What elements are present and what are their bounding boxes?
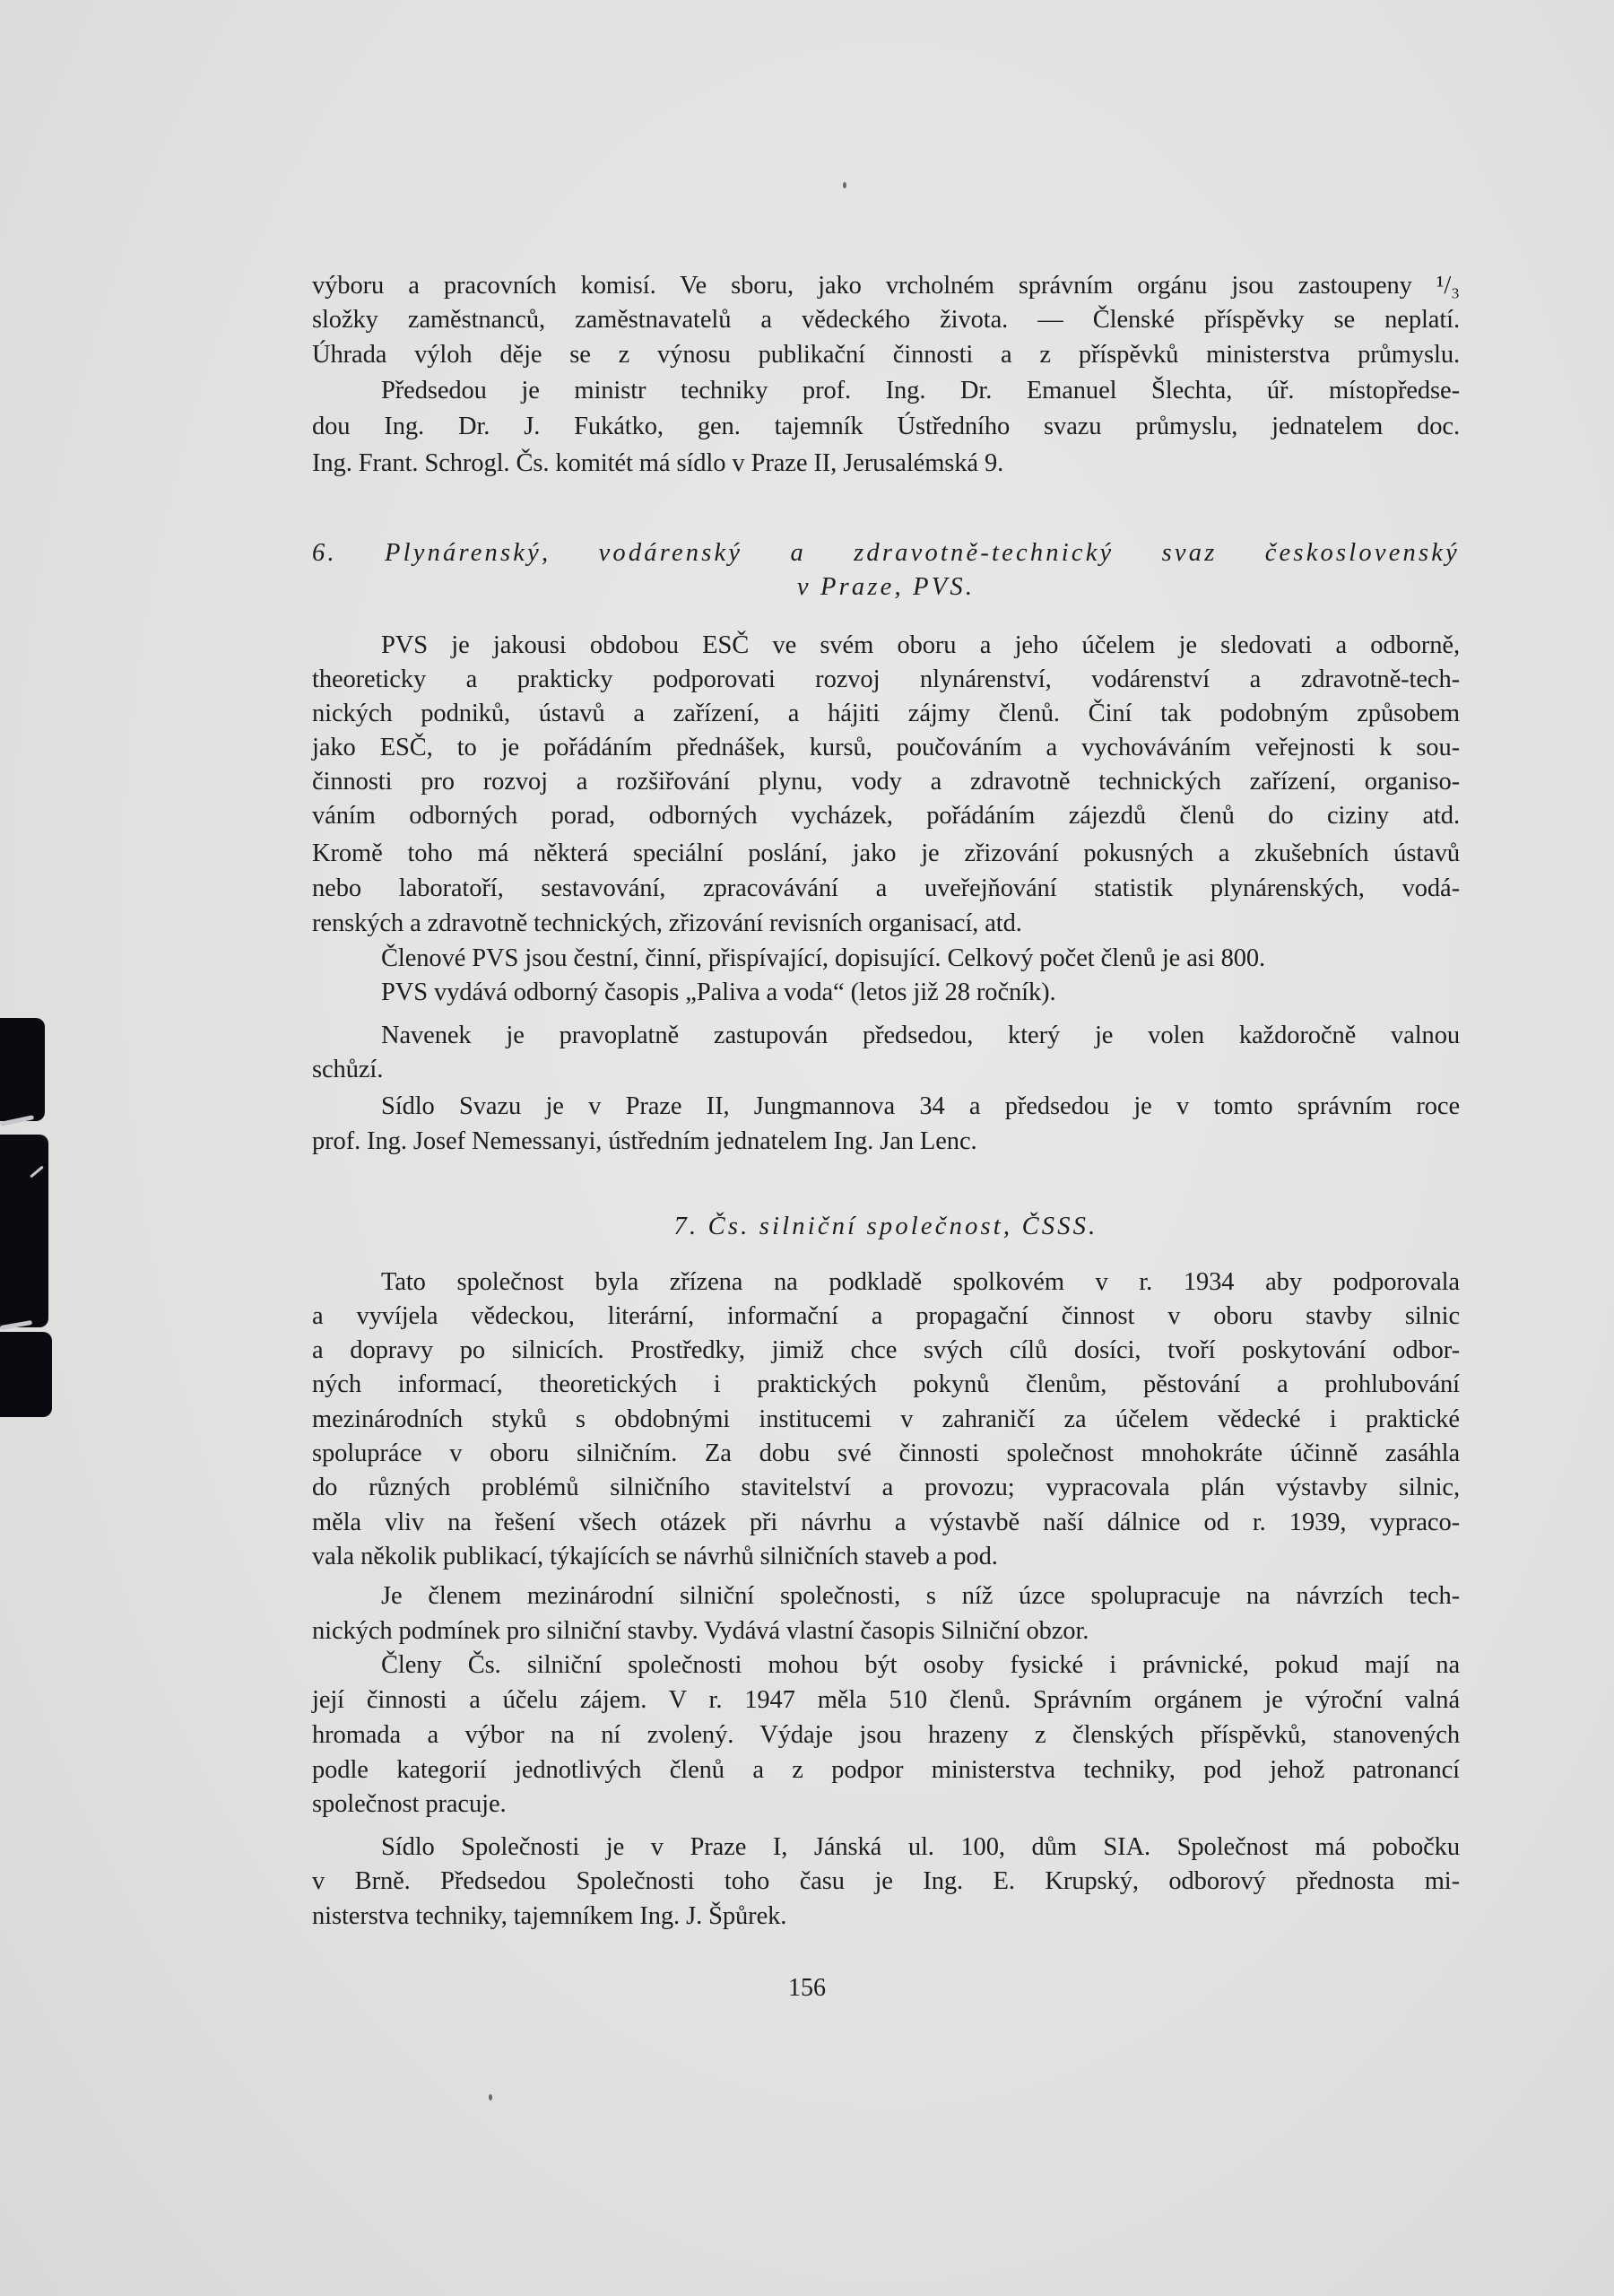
text-line: v Brně. Předsedou Společnosti toho času …: [312, 1866, 1460, 1897]
text-line: hromada a výbor na ní zvolený. Výdaje js…: [312, 1720, 1460, 1751]
text-line: složky zaměstnanců, zaměstnavatelů a věd…: [312, 305, 1460, 335]
text-line: Sídlo Společnosti je v Praze I, Jánská u…: [381, 1832, 1460, 1863]
text-line: nických podmínek pro silniční stavby. Vy…: [312, 1616, 1460, 1647]
text-line: Tato společnost byla zřízena na podkladě…: [381, 1267, 1460, 1298]
text-line: nických podniků, ústavů a zařízení, a há…: [312, 699, 1460, 729]
text-line: Předsedou je ministr techniky prof. Ing.…: [381, 376, 1460, 406]
text-line: Sídlo Svazu je v Praze II, Jungmannova 3…: [381, 1091, 1460, 1122]
text-line: Ing. Frant. Schrogl. Čs. komitét má sídl…: [312, 448, 1460, 479]
binding-comb: [0, 1018, 50, 1417]
text-line: jako ESČ, to je pořádáním přednášek, kur…: [312, 733, 1460, 763]
text-line: Úhrada výloh děje se z výnosu publikační…: [312, 340, 1460, 370]
text-line: váním odborných porad, odborných vycháze…: [312, 801, 1460, 831]
section-heading: 7. Čs. silniční společnost, ČSSS.: [312, 1212, 1460, 1242]
text-line: Členové PVS jsou čestní, činní, přispíva…: [381, 944, 1460, 974]
text-line: schůzí.: [312, 1055, 1460, 1085]
text-line: Kromě toho má některá speciální poslání,…: [312, 839, 1460, 869]
text-line: nisterstva techniky, tajemníkem Ing. J. …: [312, 1901, 1460, 1932]
section-heading: 6. Plynárenský, vodárenský a zdravotně-t…: [312, 538, 1460, 569]
text-line: Členy Čs. silniční společnosti mohou být…: [381, 1650, 1460, 1681]
dust-speck: [489, 2094, 492, 2100]
page-number: 156: [0, 1973, 1614, 2004]
dust-speck: [843, 182, 846, 188]
text-line: výboru a pracovních komisí. Ve sboru, ja…: [312, 271, 1460, 301]
text-line: do různých problémů silničního stavitels…: [312, 1473, 1460, 1503]
document-page: výboru a pracovních komisí. Ve sboru, ja…: [0, 0, 1614, 2296]
text-line: měla vliv na řešení všech otázek při náv…: [312, 1508, 1460, 1538]
binding-clip: [0, 1332, 52, 1417]
text-line: prof. Ing. Josef Nemessanyi, ústředním j…: [312, 1126, 1460, 1157]
text-line: theoreticky a prakticky podporovati rozv…: [312, 665, 1460, 695]
text-line: činnosti pro rozvoj a rozšiřování plynu,…: [312, 767, 1460, 797]
text-line: ných informací, theoretických i praktick…: [312, 1370, 1460, 1400]
text-line: Navenek je pravoplatně zastupován předse…: [381, 1021, 1460, 1051]
text-line: vala několik publikací, týkajících se ná…: [312, 1542, 1460, 1572]
binding-clip: [0, 1018, 45, 1121]
text-line: podle kategorií jednotlivých členů a z p…: [312, 1755, 1460, 1786]
text-line: a vyvíjela vědeckou, literární, informač…: [312, 1301, 1460, 1332]
text-line: mezinárodních styků s obdobnými instituc…: [312, 1405, 1460, 1435]
text-line: PVS je jakousi obdobou ESČ ve svém oboru…: [381, 631, 1460, 661]
text-line: spolupráce v oboru silničním. Za dobu sv…: [312, 1439, 1460, 1469]
text-line: dou Ing. Dr. J. Fukátko, gen. tajemník Ú…: [312, 412, 1460, 442]
text-line: společnost pracuje.: [312, 1789, 1460, 1820]
text-line: nebo laboratoří, sestavování, zpracovává…: [312, 874, 1460, 904]
text-line: její činnosti a účelu zájem. V r. 1947 m…: [312, 1685, 1460, 1716]
section-heading: v Praze, PVS.: [312, 572, 1460, 603]
text-line: Je členem mezinárodní silniční společnos…: [381, 1581, 1460, 1612]
text-line: renských a zdravotně technických, zřizov…: [312, 909, 1460, 939]
text-line: PVS vydává odborný časopis „Paliva a vod…: [381, 978, 1460, 1008]
text-line: a dopravy po silnicích. Prostředky, jimi…: [312, 1335, 1460, 1366]
binding-clip: [0, 1135, 48, 1327]
